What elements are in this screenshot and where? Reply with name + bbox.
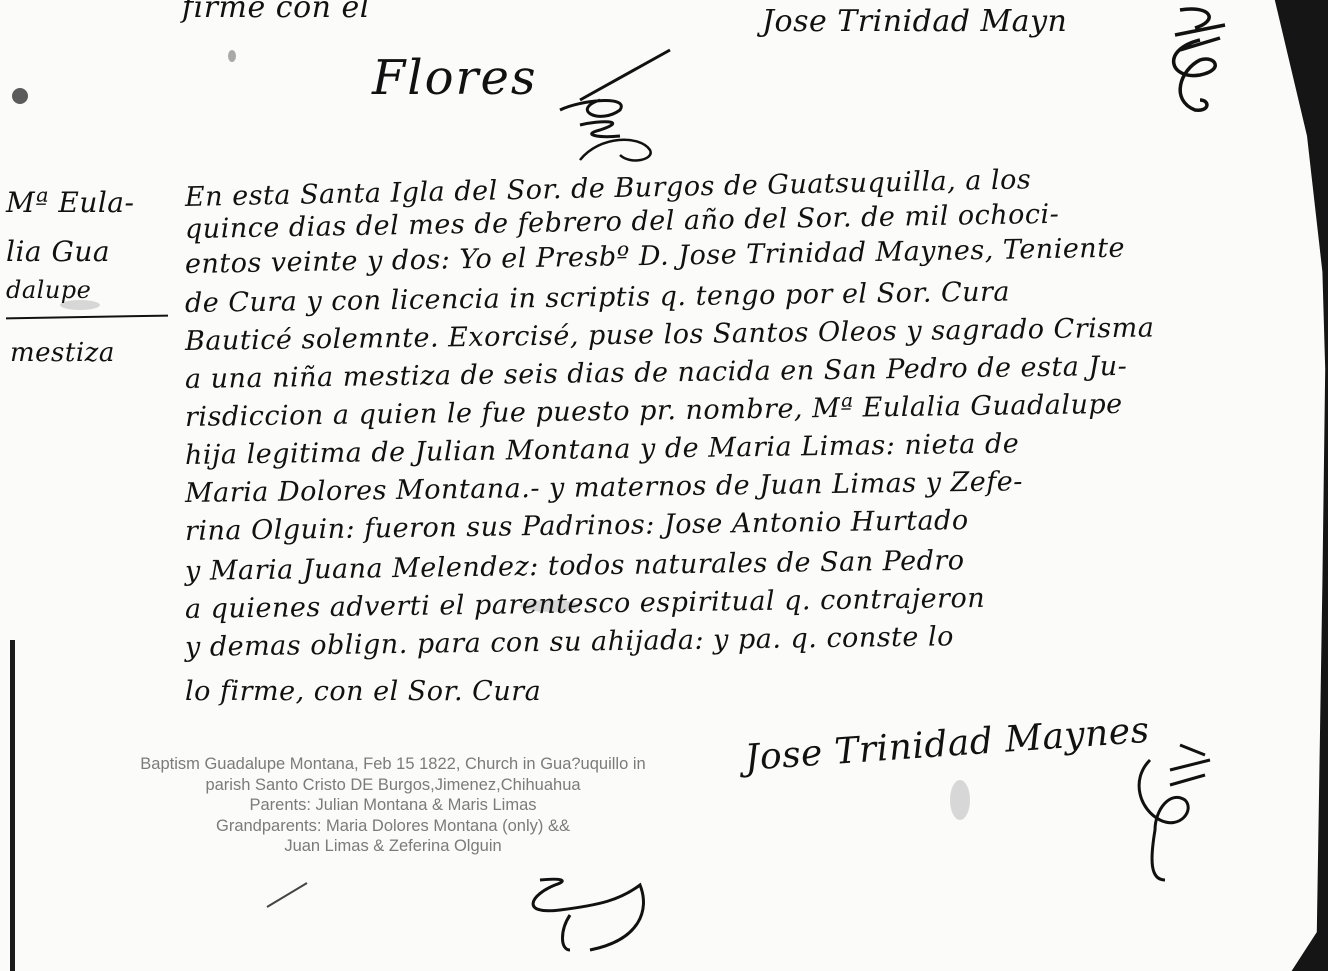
- margin-name-line: Mª Eula-: [6, 186, 134, 219]
- previous-entry-signature: Jose Trinidad Mayn: [762, 4, 1067, 39]
- record-line: a una niña mestiza de seis dias de nacid…: [185, 351, 1128, 395]
- record-line: lo firme, con el Sor. Cura: [185, 676, 541, 707]
- annotation-line: Baptism Guadalupe Montana, Feb 15 1822, …: [88, 754, 698, 775]
- record-line: rina Olguin: fueron sus Padrinos: Jose A…: [185, 505, 969, 547]
- record-line: Maria Dolores Montana.- y maternos de Ju…: [185, 466, 1023, 509]
- signature-flourish-icon: [540, 40, 740, 170]
- record-line: risdiccion a quien le fue puesto pr. nom…: [185, 389, 1123, 433]
- ink-blot: [228, 50, 236, 62]
- pen-stroke: [262, 880, 312, 910]
- transcription-annotation: Baptism Guadalupe Montana, Feb 15 1822, …: [88, 754, 698, 857]
- rubric-flourish-icon: [1110, 730, 1220, 890]
- record-line: Bauticé solemnte. Exorcisé, puse los San…: [185, 312, 1155, 357]
- margin-name-line: lia Gua: [6, 235, 110, 268]
- previous-entry-fragment: firme con el: [182, 0, 370, 25]
- closing-flourish-icon: [500, 870, 670, 960]
- record-line: a quienes adverti el parentesco espiritu…: [185, 583, 986, 625]
- record-line: hija legitima de Julian Montana y de Mar…: [185, 428, 1020, 471]
- annotation-line: Parents: Julian Montana & Maris Limas: [88, 795, 698, 816]
- margin-status-note: mestiza: [10, 338, 115, 368]
- annotation-line: parish Santo Cristo DE Burgos,Jimenez,Ch…: [88, 775, 698, 796]
- header-signature: Flores: [372, 50, 538, 106]
- ink-blot: [12, 88, 28, 104]
- record-line: y Maria Juana Melendez: todos naturales …: [185, 545, 965, 587]
- priest-signature: Jose Trinidad Maynes: [744, 710, 1151, 779]
- paper-stain: [950, 780, 970, 820]
- margin-underline: [6, 315, 168, 320]
- annotation-line: Juan Limas & Zeferina Olguin: [88, 836, 698, 857]
- annotation-line: Grandparents: Maria Dolores Montana (onl…: [88, 816, 698, 837]
- document-scan: firme con el Jose Trinidad Mayn Flores M…: [0, 0, 1328, 971]
- page-binding-edge: [10, 640, 15, 971]
- record-line: y demas oblign. para con su ahijada: y p…: [185, 621, 954, 663]
- rubric-flourish-icon: [1140, 0, 1240, 120]
- record-line: de Cura y con licencia in scriptis q. te…: [185, 276, 1010, 319]
- margin-name-line: dalupe: [6, 276, 91, 304]
